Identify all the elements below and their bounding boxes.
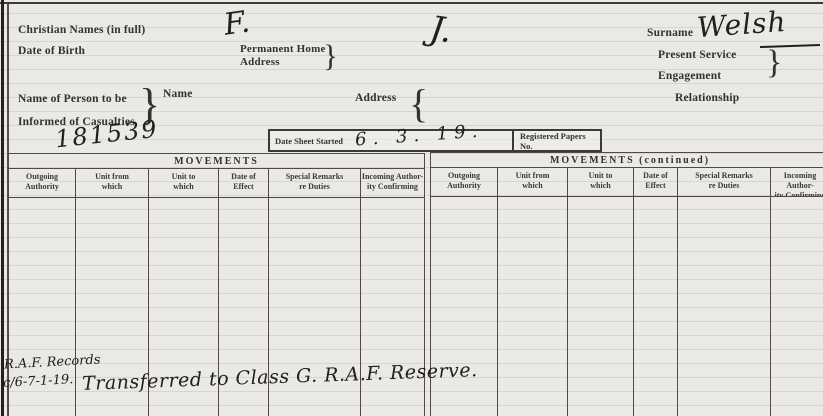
column-header-unit-from-which: Unit from which	[498, 168, 568, 196]
casualties-name-label: Name	[163, 88, 193, 101]
movements-continued-header-row: Outgoing Authority Unit from which Unit …	[431, 168, 823, 197]
body-cell	[431, 197, 498, 416]
movements-continued-title: MOVEMENTS (continued)	[431, 153, 823, 168]
column-header-unit-to-which: Unit to which	[149, 169, 219, 197]
movements-title: MOVEMENTS	[9, 154, 424, 169]
date-sheet-started-cell: Date Sheet Started 6. 3. 19.	[270, 131, 512, 150]
christian-names-label: Christian Names (in full)	[18, 24, 145, 37]
movements-continued-table: MOVEMENTS (continued) Outgoing Authority…	[430, 152, 823, 416]
body-cell	[771, 197, 823, 416]
column-header-outgoing-authority: Outgoing Authority	[9, 169, 76, 197]
movements-continued-body-row	[431, 197, 823, 416]
date-sheet-started-value: 6. 3. 19.	[354, 121, 484, 151]
present-service-label: Present Service	[658, 49, 736, 62]
column-header-special-remarks: Special Remarks re Duties	[678, 168, 771, 196]
body-cell	[498, 197, 568, 416]
casualties-address-label: Address	[355, 92, 396, 105]
column-header-special-remarks: Special Remarks re Duties	[269, 169, 361, 197]
column-header-unit-to-which: Unit to which	[568, 168, 634, 196]
surname-label: Surname	[647, 27, 693, 40]
date-sheet-box: Date Sheet Started 6. 3. 19. Registered …	[268, 129, 602, 152]
permanent-home-brace: }	[323, 40, 338, 71]
movements-header-row: Outgoing Authority Unit from which Unit …	[9, 169, 424, 198]
column-header-date-of-effect: Date of Effect	[634, 168, 678, 196]
body-cell	[678, 197, 771, 416]
column-header-date-of-effect: Date of Effect	[219, 169, 269, 197]
column-header-incoming-authority: Incoming Author- ity Confirming	[361, 169, 424, 197]
body-cell	[634, 197, 678, 416]
permanent-home-address-label: Permanent Home Address	[240, 43, 326, 69]
permanent-home-address-value: J.	[427, 9, 454, 52]
relationship-label: Relationship	[675, 92, 739, 105]
engagement-brace: }	[766, 46, 782, 80]
date-of-birth-label: Date of Birth	[18, 45, 85, 58]
christian-names-value: F.	[222, 4, 252, 42]
column-header-outgoing-authority: Outgoing Authority	[431, 168, 498, 196]
date-sheet-started-label: Date Sheet Started	[275, 136, 343, 146]
body-cell	[568, 197, 634, 416]
binding-edge-line	[1, 0, 4, 416]
engagement-label: Engagement	[658, 70, 721, 83]
registered-papers-label: Registered Papers No.	[520, 131, 600, 151]
column-header-unit-from-which: Unit from which	[76, 169, 149, 197]
casualties-address-brace: {	[409, 84, 428, 124]
top-border-line	[0, 2, 823, 4]
registered-papers-cell: Registered Papers No.	[512, 131, 600, 150]
surname-value: Welsh	[696, 5, 788, 44]
column-header-incoming-authority: Incoming Author- ity Confirming	[771, 168, 823, 196]
service-record-form: Christian Names (in full) F. Date of Bir…	[0, 0, 823, 416]
